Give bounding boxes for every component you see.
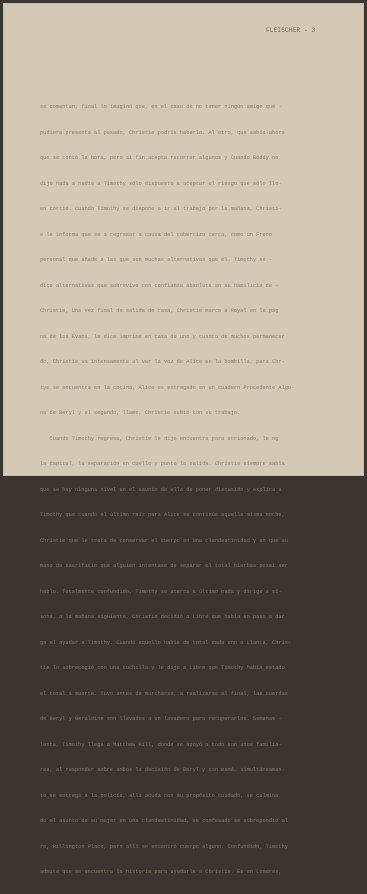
text-line: pudiera presenta al pasado, Christie pod…: [40, 129, 358, 138]
text-line: Cuando Timothy regresa, Christie le dijo…: [40, 435, 358, 444]
text-line: dice alternativas que sobrevive con conf…: [40, 282, 358, 291]
text-line: do, Christie va intensamente al ver la v…: [40, 358, 358, 367]
text-line: se comentan, final lo imaginó que, en el…: [40, 103, 358, 112]
text-line: na de los Evans, le dice imprime en casa…: [40, 333, 358, 342]
text-line: e le informa que se a regresar a causa d…: [40, 231, 358, 240]
text-line: en corrió. Cuando Timothy se dispone a i…: [40, 205, 358, 214]
page-header: FLEISCHER - 3: [266, 27, 315, 34]
document-page: FLEISCHER - 3 se comentan, final lo imag…: [3, 3, 364, 476]
document-body: se comentan, final lo imaginó que, en el…: [40, 86, 358, 479]
text-line: Christie, Una vez final de salida de cas…: [40, 307, 358, 316]
text-line: dijo nada a nadie a Timothy sólo dispues…: [40, 180, 358, 189]
text-line: na de Beryl y el segundo, llame, Christi…: [40, 409, 358, 418]
text-line: la capital, la separación en cuello y pu…: [40, 460, 358, 469]
text-line: personal que añade a las que son muchas …: [40, 256, 358, 265]
text-line: que se contó la hora, pero si fin acepta…: [40, 154, 358, 163]
text-line: tye se encuentra en la cocina, Alice es …: [40, 384, 358, 393]
